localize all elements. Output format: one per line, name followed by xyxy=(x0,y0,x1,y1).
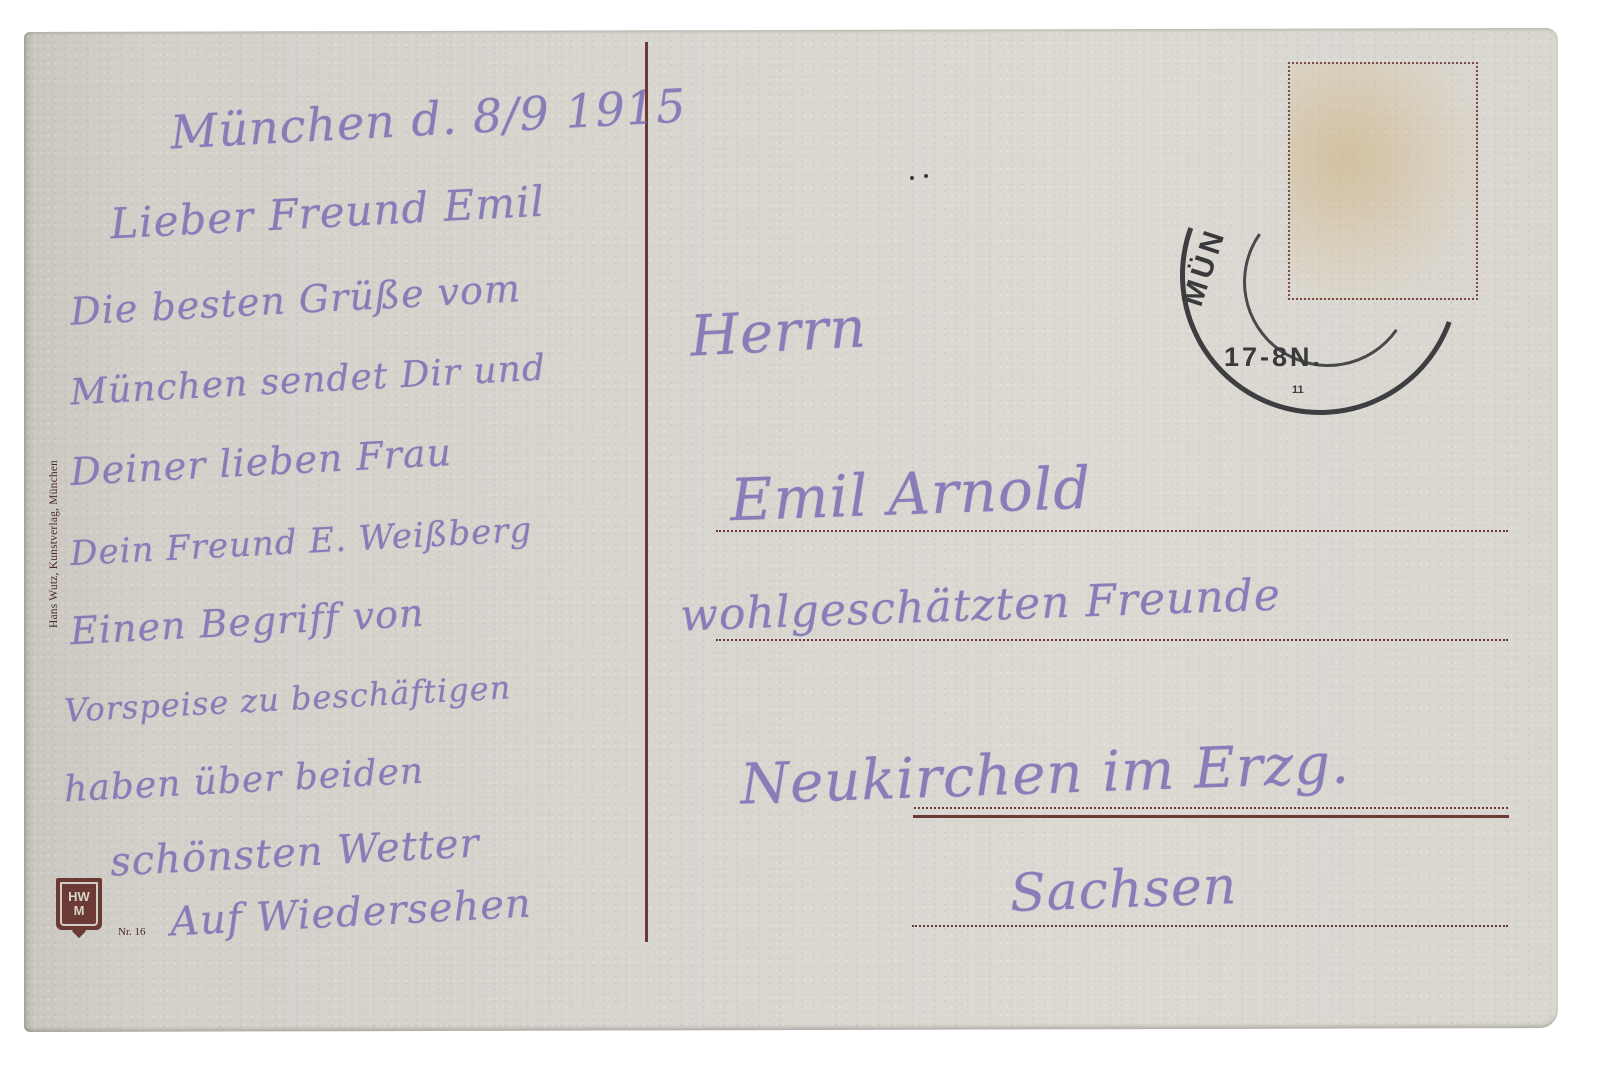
address-salutation: Herrn xyxy=(688,295,868,369)
ink-specks xyxy=(900,174,930,182)
address-line-3-underline xyxy=(913,815,1509,818)
address-recipient: Emil Arnold xyxy=(729,454,1093,535)
logo-line-1: HW xyxy=(62,890,96,904)
logo-line-2: M xyxy=(62,904,96,918)
postmark-date: 17-8N. xyxy=(1224,342,1323,373)
card-number: Nr. 16 xyxy=(118,926,146,938)
publisher-logo-icon: HW M xyxy=(56,878,102,930)
address-line-4 xyxy=(912,925,1508,927)
publisher-imprint: Hans Wutz, Kunstverlag, München xyxy=(48,460,60,628)
address-region: Sachsen xyxy=(1009,856,1238,924)
center-divider-line xyxy=(645,42,648,942)
postmark-code: 11 xyxy=(1292,384,1304,396)
address-line-2 xyxy=(716,639,1508,641)
